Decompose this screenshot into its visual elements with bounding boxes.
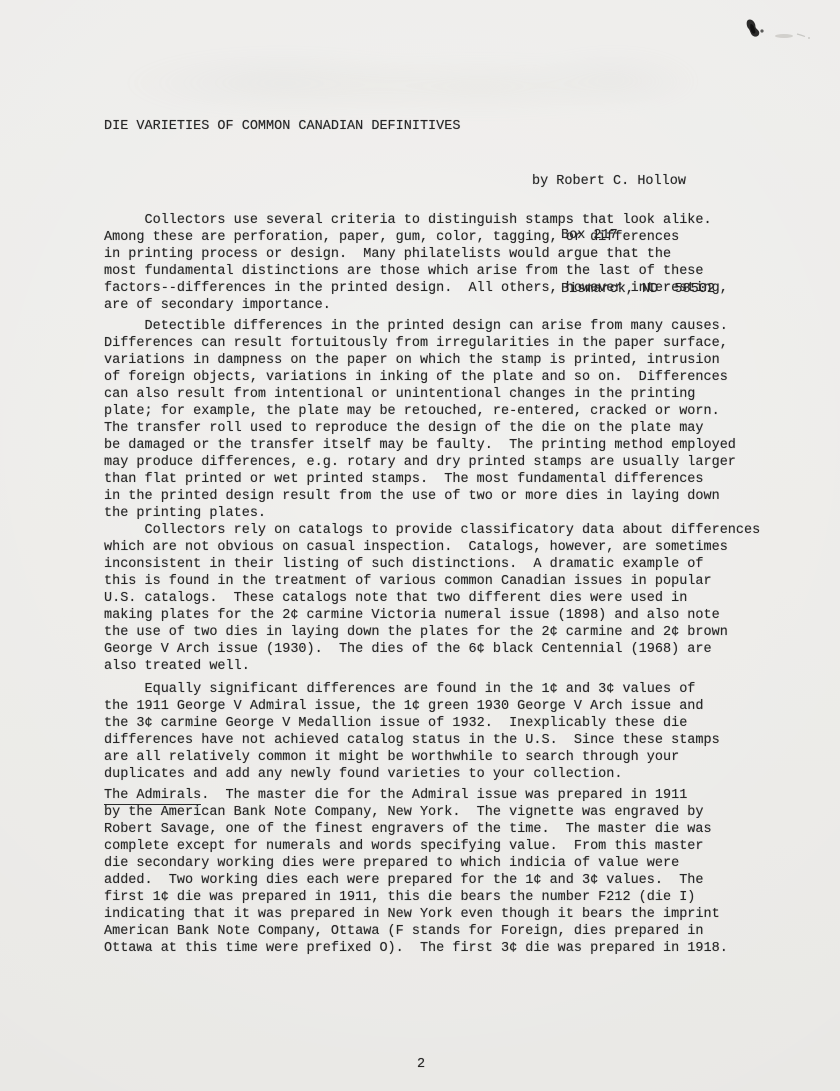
show-through-smudge	[120, 48, 700, 118]
admirals-body: by the American Bank Note Company, New Y…	[104, 804, 728, 957]
paragraph-detectible-differences: Detectible differences in the printed de…	[104, 318, 736, 522]
paragraph-admirals: The Admirals. The master die for the Adm…	[104, 787, 728, 957]
page-number: 2	[104, 1056, 738, 1073]
scanned-document-page: DIE VARIETIES OF COMMON CANADIAN DEFINIT…	[0, 0, 840, 1091]
admirals-first-line-rest: . The master die for the Admiral issue w…	[201, 788, 687, 803]
paragraph-catalogs: Collectors rely on catalogs to provide c…	[104, 522, 760, 675]
section-heading-admirals: The Admirals	[104, 788, 201, 805]
author-byline: by Robert C. Hollow	[532, 173, 715, 191]
document-title: DIE VARIETIES OF COMMON CANADIAN DEFINIT…	[104, 118, 460, 135]
paragraph-criteria: Collectors use several criteria to disti…	[104, 212, 728, 314]
ink-smudge-mark	[712, 12, 832, 52]
paragraph-significant-differences: Equally significant differences are foun…	[104, 681, 720, 783]
